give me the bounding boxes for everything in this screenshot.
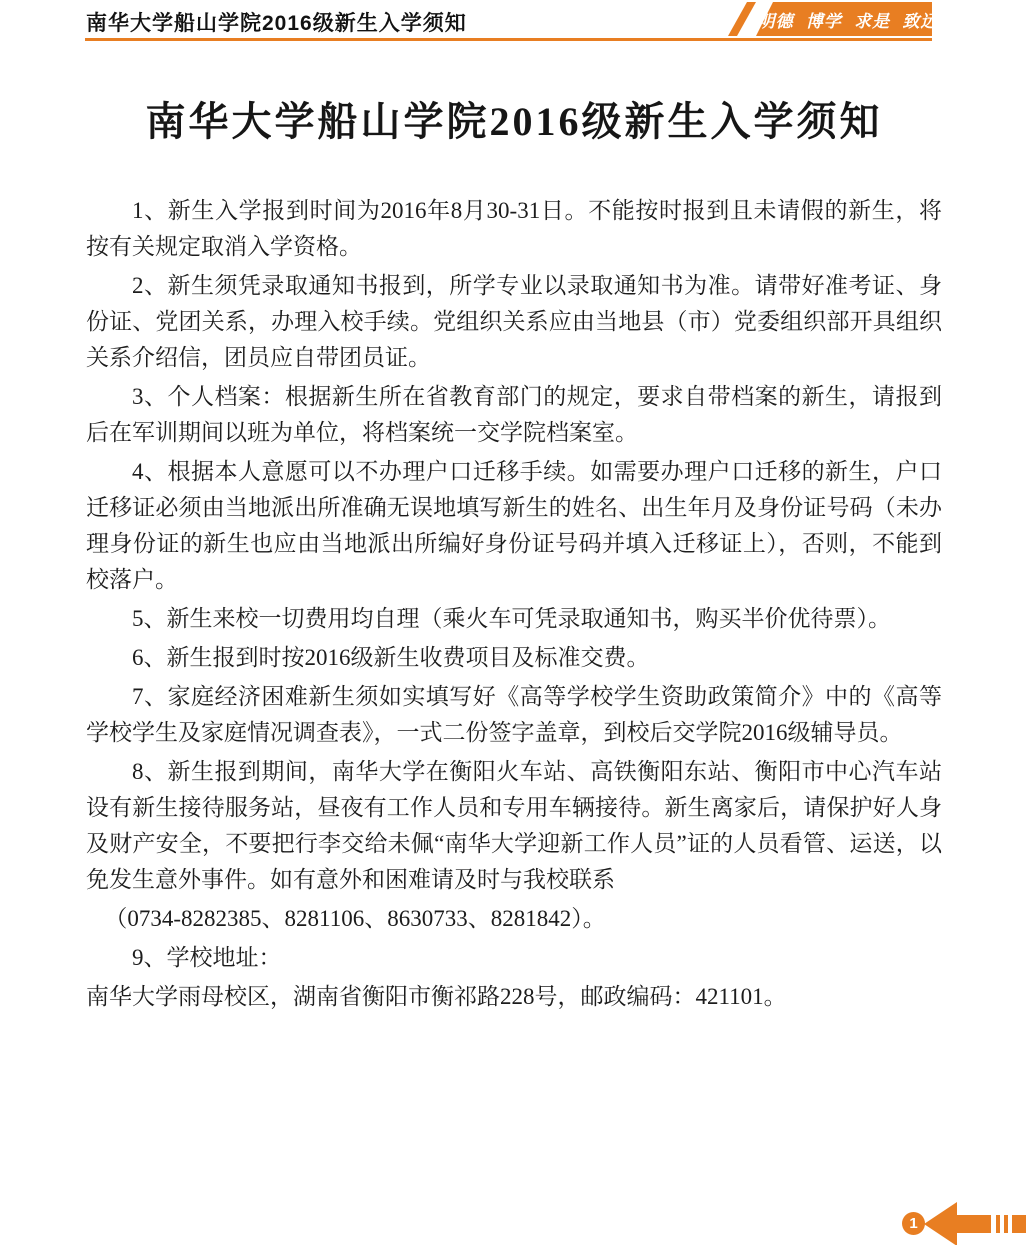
- arrow-shaft: [957, 1215, 991, 1233]
- body-paragraph-8: 8、新生报到期间，南华大学在衡阳火车站、高铁衡阳东站、衡阳市中心汽车站设有新生接…: [86, 754, 942, 898]
- body-paragraph-5: 5、新生来校一切费用均自理（乘火车可凭录取通知书，购买半价优待票）。: [86, 601, 942, 637]
- document-body: 南华大学船山学院2016级新生入学须知 1、新生入学报到时间为2016年8月30…: [86, 90, 942, 1018]
- decorative-bar: [996, 1215, 1000, 1233]
- body-paragraph-6: 6、新生报到时按2016级新生收费项目及标准交费。: [86, 640, 942, 676]
- body-paragraph-9: 9、学校地址：: [86, 940, 942, 976]
- body-paragraph-3: 3、个人档案：根据新生所在省教育部门的规定，要求自带档案的新生，请报到后在军训期…: [86, 379, 942, 451]
- body-paragraph-address: 南华大学雨母校区，湖南省衡阳市衡祁路228号，邮政编码：421101。: [86, 979, 942, 1015]
- body-paragraph-phone-numbers: （0734-8282385、8281106、8630733、8281842）。: [86, 901, 942, 937]
- running-head-title: 南华大学船山学院2016级新生入学须知: [86, 7, 467, 37]
- body-paragraph-4: 4、根据本人意愿可以不办理户口迁移手续。如需要办理户口迁移的新生，户口迁移证必须…: [86, 454, 942, 598]
- header-rule: [85, 38, 932, 41]
- body-paragraph-2: 2、新生须凭录取通知书报到，所学专业以录取通知书为准。请带好准考证、身份证、党团…: [86, 268, 942, 376]
- school-motto: 明德 博学 求是 致远: [758, 7, 939, 32]
- page-indicator: 1: [900, 1200, 1028, 1245]
- decorative-bar: [1012, 1215, 1026, 1233]
- document-title: 南华大学船山学院2016级新生入学须知: [86, 90, 942, 147]
- body-paragraph-1: 1、新生入学报到时间为2016年8月30-31日。不能按时报到且未请假的新生，将…: [86, 193, 942, 265]
- page-number-badge: 1: [902, 1212, 925, 1235]
- arrow-left-icon: [924, 1202, 957, 1245]
- motto-banner: 明德 博学 求是 致远: [756, 2, 932, 36]
- decorative-bar: [1004, 1215, 1008, 1233]
- banner-slash-stripe: [728, 2, 756, 36]
- page-number: 1: [909, 1216, 917, 1231]
- document-page: 南华大学船山学院2016级新生入学须知 明德 博学 求是 致远 南华大学船山学院…: [0, 0, 1028, 1245]
- body-paragraph-7: 7、家庭经济困难新生须如实填写好《高等学校学生资助政策简介》中的《高等学校学生及…: [86, 679, 942, 751]
